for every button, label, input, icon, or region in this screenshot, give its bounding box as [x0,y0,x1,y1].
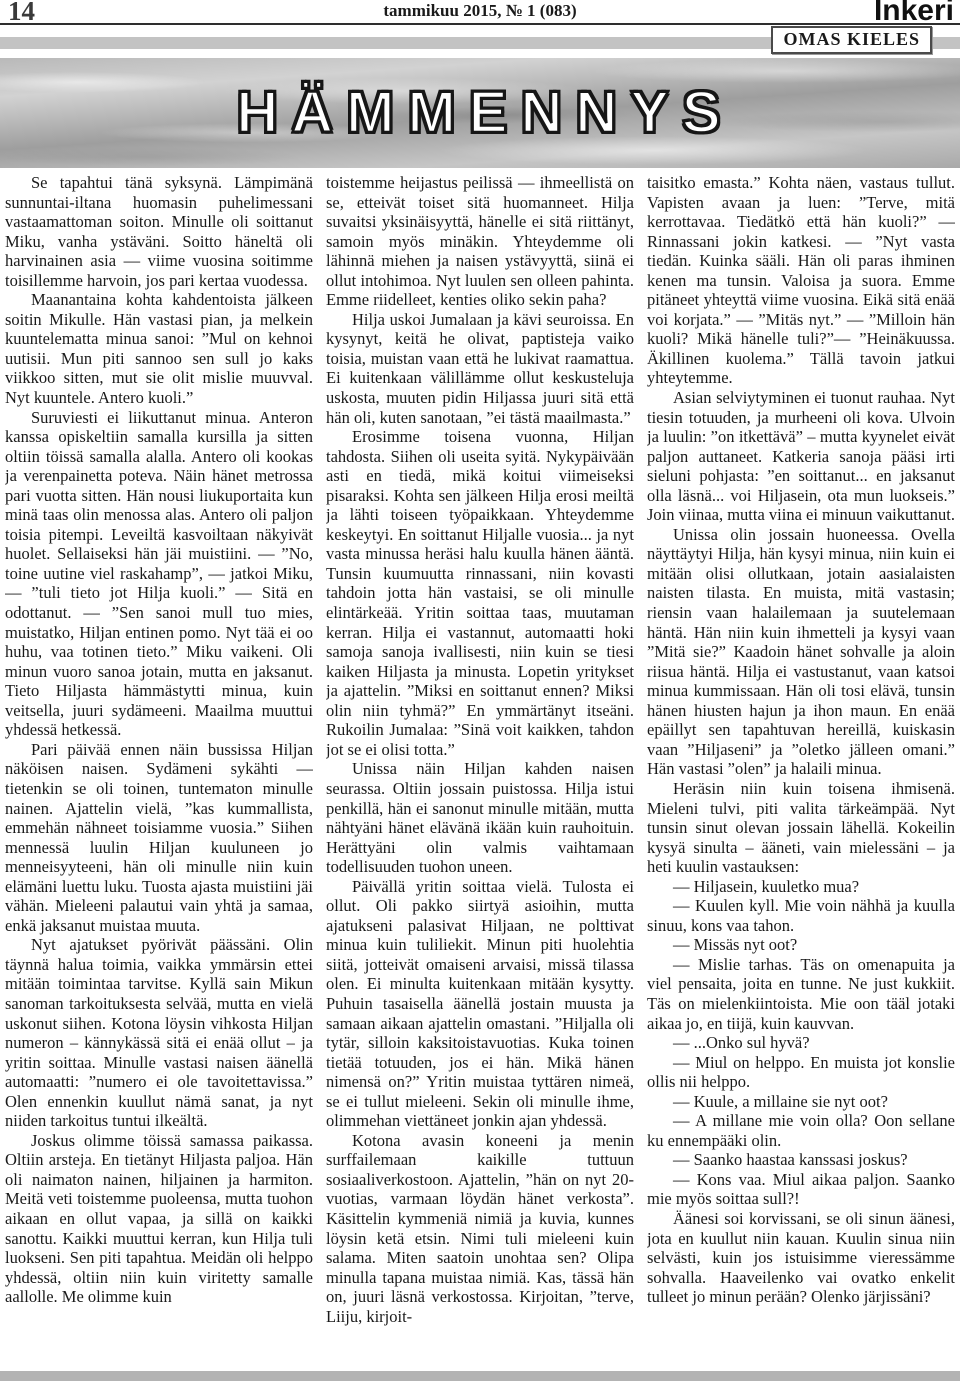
paragraph: Äänesi soi korvissani, se oli sinun ääne… [647,1209,955,1307]
paragraph: Nyt ajatukset pyörivät päässäni. Olin tä… [5,935,313,1130]
section-label: OMAS KIELES [771,26,932,54]
paragraph: Unissa näin Hiljan kahden naisen seurass… [326,759,634,876]
issue-info: tammikuu 2015, № 1 (083) [0,1,960,21]
banner-title: HÄMMENNYS [226,84,733,142]
paragraph: — Miul on helppo. En muista jot konslie … [647,1053,955,1092]
paragraph: — Kons vaa. Miul aikaa paljon. Saanko mi… [647,1170,955,1209]
paragraph: Unissa olin jossain huoneessa. Ovella nä… [647,525,955,779]
paragraph: — Kuulen kyll. Mie voin nähhä ja kuulla … [647,896,955,935]
paragraph: — Saanko haastaa kanssasi joskus? [647,1150,955,1170]
footer-bar [0,1371,960,1381]
article-body: Se tapahtui tänä syksynä. Lämpimänä sunn… [5,173,955,1353]
paragraph: Se tapahtui tänä syksynä. Lämpimänä sunn… [5,173,313,290]
paragraph: Päivällä yritin soittaa vielä. Tulosta e… [326,877,634,1131]
paragraph: — ...Onko sul hyvä? [647,1033,955,1053]
paragraph: — A millane mie voin olla? Oon sellane k… [647,1111,955,1150]
paragraph: toistemme heijastus peilissä — ihmeellis… [326,173,634,310]
paragraph: Joskus olimme töissä samassa paikassa. O… [5,1131,313,1307]
article-column-3: taisitko emasta.” Kohta näen, vastaus tu… [647,173,955,1353]
paragraph: taisitko emasta.” Kohta näen, vastaus tu… [647,173,955,388]
paragraph: Erosimme toisena vuonna, Hiljan tahdosta… [326,427,634,759]
paragraph: Pari päivää ennen näin bussissa Hiljan n… [5,740,313,935]
article-column-1: Se tapahtui tänä syksynä. Lämpimänä sunn… [5,173,313,1353]
paragraph: — Kuule, a millaine sie nyt oot? [647,1092,955,1112]
paragraph: — Missäs nyt oot? [647,935,955,955]
paragraph: Kotona avasin koneeni ja menin surffaile… [326,1131,634,1326]
paragraph: Suruviesti ei liikuttanut minua. Anteron… [5,408,313,740]
paragraph: Asian selviytyminen ei tuonut rauhaa. Ny… [647,388,955,525]
paragraph: — Mislie tarhas. Täs on omenapuita ja vi… [647,955,955,1033]
paragraph: — Hiljasein, kuuletko mua? [647,877,955,897]
paragraph: Heräsin niin kuin toisena ihmisenä. Miel… [647,779,955,877]
header-rule [0,23,960,25]
page-header: 14 tammikuu 2015, № 1 (083) Inkeri [0,0,960,23]
paragraph: Maanantaina kohta kahdentoista jälkeen s… [5,290,313,407]
article-column-2: toistemme heijastus peilissä — ihmeellis… [326,173,634,1353]
banner-image: HÄMMENNYS [0,58,960,168]
newspaper-page: 14 tammikuu 2015, № 1 (083) Inkeri OMAS … [0,0,960,1381]
paragraph: Hilja uskoi Jumalaan ja kävi seuroissa. … [326,310,634,427]
